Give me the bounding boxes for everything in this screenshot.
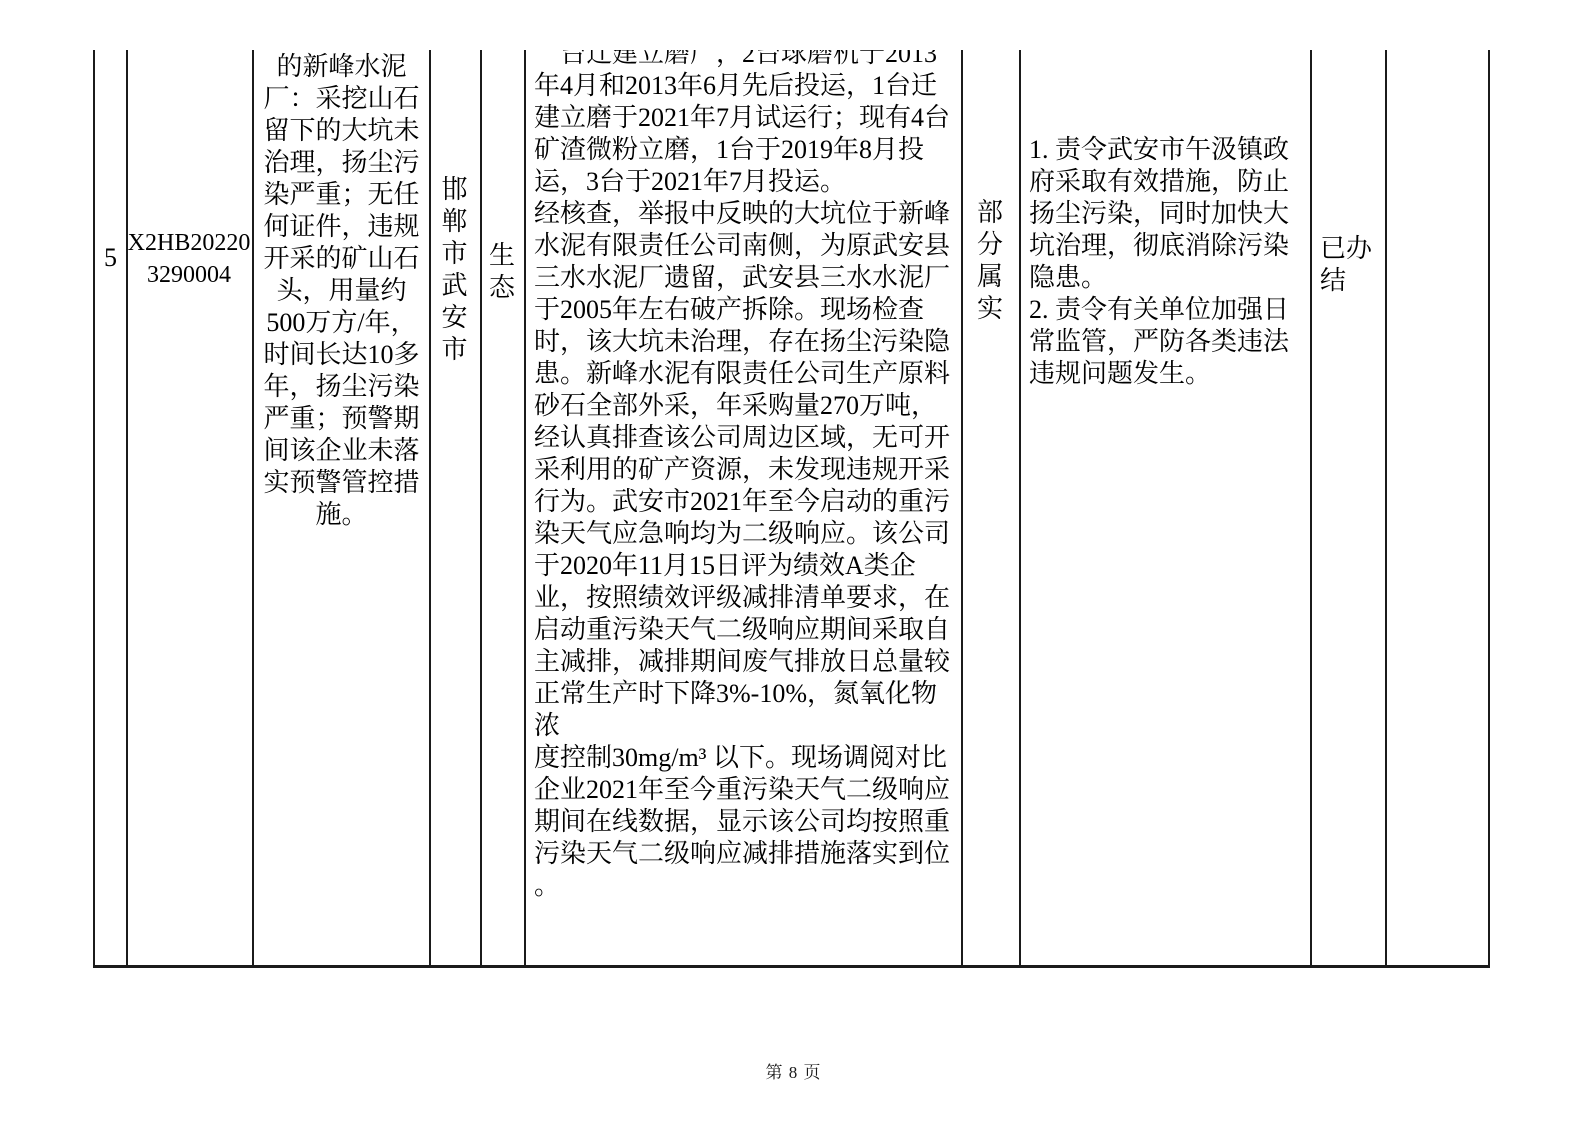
table-column-border (1310, 50, 1312, 965)
table-column-border (961, 50, 963, 965)
cell-investigation-result: 台迁建立磨厂，2台球磨机于2013 年4月和2013年6月先后投运，1台迁 建立… (526, 50, 959, 902)
cell-category: 生态 (482, 240, 522, 304)
cell-complaint-text: 的新峰水泥 厂：采挖山石 留下的大坑未 治理，扬尘污 染严重；无任 何证件，违规… (254, 51, 429, 531)
page-footer: 第 8 页 (0, 1062, 1587, 1084)
cell-status: 已办结 (1314, 233, 1374, 297)
cell-case-id: X2HB20220 3290004 (126, 227, 252, 291)
table-column-border (126, 50, 128, 965)
cell-verification-result: 部分属实 (966, 197, 1014, 325)
cell-region: 邯郸市武安市 (431, 174, 478, 366)
document-page: 5 X2HB20220 3290004 的新峰水泥 厂：采挖山石 留下的大坑未 … (0, 0, 1587, 1122)
cell-handling-measures: 1. 责令武安市午汲镇政 府采取有效措施，防止 扬尘污染，同时加快大 坑治理，彻… (1021, 134, 1306, 390)
table-column-border (480, 50, 482, 965)
table-column-border (1385, 50, 1387, 965)
cell-row-number: 5 (95, 242, 126, 274)
case-table: 5 X2HB20220 3290004 的新峰水泥 厂：采挖山石 留下的大坑未 … (93, 50, 1490, 968)
